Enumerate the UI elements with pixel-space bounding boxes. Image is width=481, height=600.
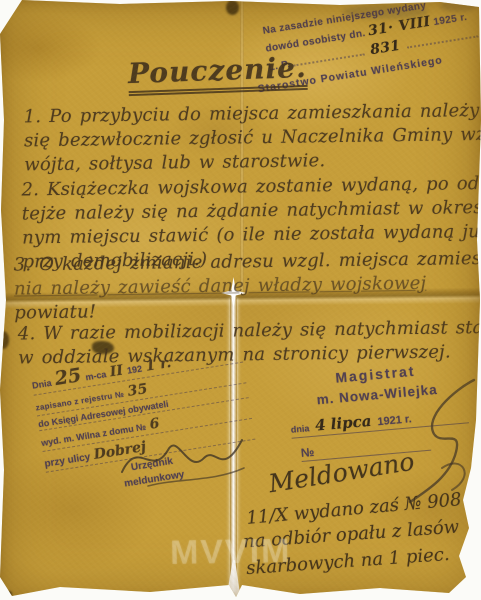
stamp-text: m-ca	[85, 369, 107, 382]
stamp-text: przy ulicy	[44, 452, 91, 470]
number-label: №	[300, 445, 315, 460]
handwritten-number: 35	[127, 381, 149, 400]
speck	[5, 591, 12, 597]
document-scan: Na zasadzie niniejszego wydany dowód oso…	[0, 0, 481, 600]
edge-mark	[0, 331, 9, 349]
title-text: Pouczenie.	[127, 51, 307, 96]
ink-spot	[226, 0, 239, 15]
stamp-text: Dnia	[31, 378, 52, 391]
handwritten-number: 6	[148, 415, 160, 432]
handwritten-number: 831	[369, 38, 402, 59]
stamp-year: 1921 r.	[377, 413, 412, 428]
stamp-year: 1925 r.	[433, 12, 468, 28]
paragraph-3: 3. O każdej zmianie adresu wzgl. miejsca…	[14, 247, 481, 326]
magistrate-stamp: Magistrat m. Nowa-Wilejka dnia 4 lipca 1…	[286, 358, 471, 462]
archive-watermark: MVVIM	[170, 532, 292, 573]
stamp-year: 192	[126, 364, 142, 376]
stamp-date-row: dnia 4 lipca 1921 r.	[290, 403, 469, 438]
stamp-text: dnia	[290, 423, 309, 435]
paragraph-1: 1. Po przybyciu do miejsca zamieszkania …	[24, 100, 481, 179]
handwritten-day: 25	[53, 364, 83, 390]
document-title: Pouczenie.	[127, 51, 307, 90]
handwritten-month: II	[109, 363, 124, 381]
handwritten-year: 1 r.	[144, 355, 172, 375]
paper-sheet: Na zasadzie niniejszego wydany dowód oso…	[0, 0, 481, 600]
handwritten-date: 4 lipca	[314, 412, 372, 435]
